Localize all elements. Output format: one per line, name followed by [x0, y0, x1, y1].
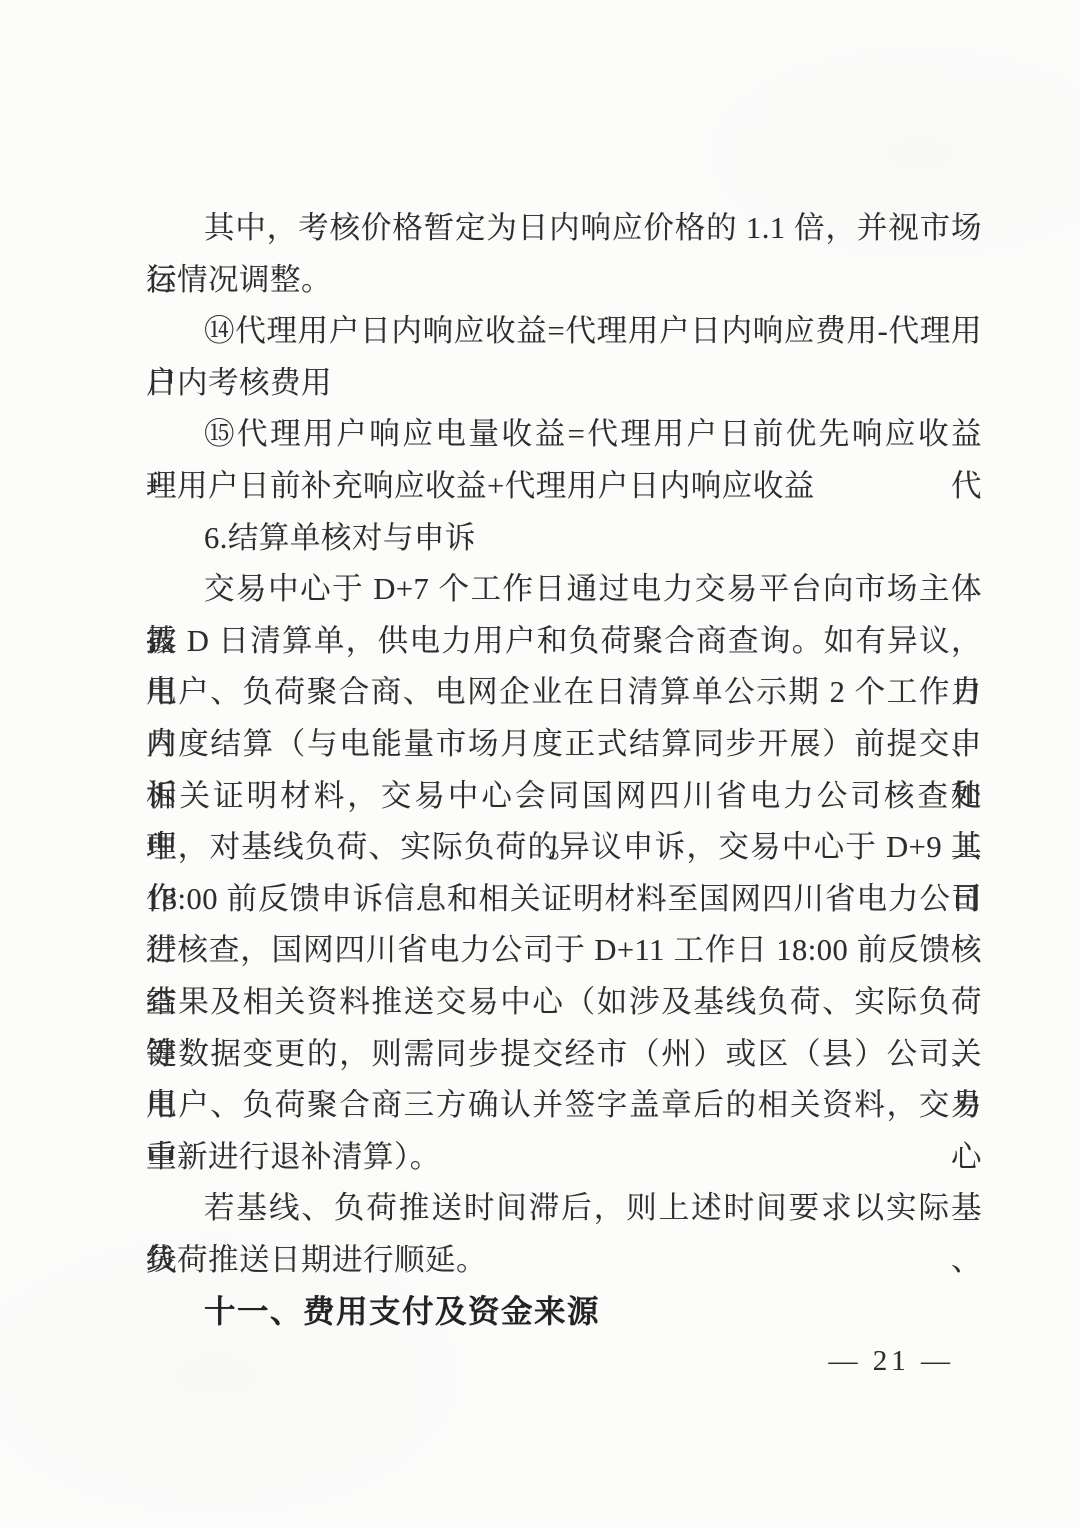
- text-line: 露 D 日清算单，供电力用户和负荷聚合商查询。如有异议，电力: [146, 616, 982, 668]
- text-line: 键数据变更的，则需同步提交经市（州）或区（县）公司、电力: [146, 1029, 982, 1081]
- text-line: 行情况调整。: [146, 255, 982, 307]
- text-line: 行核查，国网四川省电力公司于 D+11 工作日 18:00 前反馈核查: [146, 925, 982, 977]
- text-line: 结果及相关资料推送交易中心（如涉及基线负荷、实际负荷等关: [146, 977, 982, 1029]
- document-text: 其中，考核价格暂定为日内响应价格的 1.1 倍，并视市场运行情况调整。⑭代理用户…: [146, 203, 982, 1338]
- text-line: 月度结算（与电能量市场月度正式结算同步开展）前提交申诉和: [146, 719, 982, 771]
- page-number: — 21 —: [829, 1344, 955, 1378]
- document-page: 其中，考核价格暂定为日内响应价格的 1.1 倍，并视市场运行情况调整。⑭代理用户…: [0, 0, 1080, 1528]
- text-line: ⑭代理用户日内响应收益=代理用户日内响应费用-代理用户: [146, 306, 982, 358]
- section-heading: 十一、费用支付及资金来源: [146, 1286, 982, 1338]
- text-line: 日内考核费用: [146, 358, 982, 410]
- text-line: 其中，考核价格暂定为日内响应价格的 1.1 倍，并视市场运: [146, 203, 982, 255]
- text-line: 用户、负荷聚合商、电网企业在日清算单公示期 2 个工作日内、: [146, 667, 982, 719]
- text-line: 若基线、负荷推送时间滞后，则上述时间要求以实际基线、: [146, 1183, 982, 1235]
- text-line: 用户、负荷聚合商三方确认并签字盖章后的相关资料，交易中心: [146, 1080, 982, 1132]
- text-line: 中，对基线负荷、实际负荷的异议申诉，交易中心于 D+9 工作日: [146, 822, 982, 874]
- text-line: 6.结算单核对与申诉: [146, 513, 982, 565]
- text-line: 交易中心于 D+7 个工作日通过电力交易平台向市场主体披: [146, 564, 982, 616]
- text-line: 相关证明材料，交易中心会同国网四川省电力公司核查处理。其: [146, 771, 982, 823]
- text-line: ⑮代理用户响应电量收益=代理用户日前优先响应收益+代: [146, 409, 982, 461]
- text-line: 18:00 前反馈申诉信息和相关证明材料至国网四川省电力公司进: [146, 874, 982, 926]
